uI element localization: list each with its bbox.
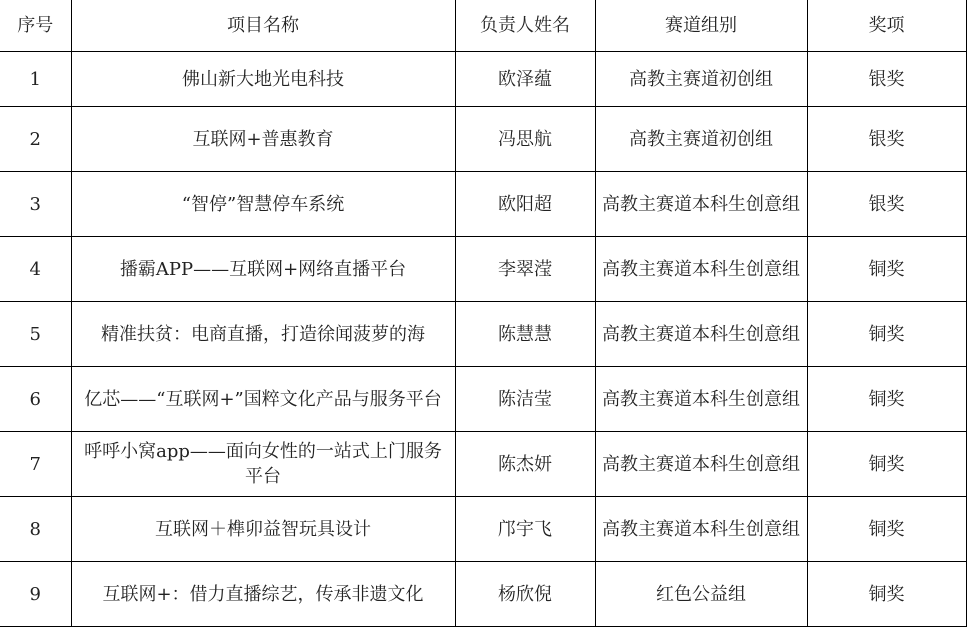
cell-leader: 欧泽蕴 <box>455 52 595 107</box>
cell-track: 高教主赛道本科生创意组 <box>595 302 807 367</box>
cell-project: 佛山新大地光电科技 <box>71 52 455 107</box>
cell-project: 互联网+普惠教育 <box>71 107 455 172</box>
cell-award: 银奖 <box>807 52 966 107</box>
cell-award: 铜奖 <box>807 432 966 497</box>
cell-no: 8 <box>0 497 71 562</box>
header-no: 序号 <box>0 0 71 52</box>
cell-no: 9 <box>0 562 71 627</box>
cell-track: 高教主赛道初创组 <box>595 107 807 172</box>
cell-no: 1 <box>0 52 71 107</box>
cell-track: 高教主赛道本科生创意组 <box>595 432 807 497</box>
cell-project: “智停”智慧停车系统 <box>71 172 455 237</box>
cell-award: 铜奖 <box>807 237 966 302</box>
cell-track: 高教主赛道本科生创意组 <box>595 497 807 562</box>
cell-project: 互联网＋榫卯益智玩具设计 <box>71 497 455 562</box>
header-project: 项目名称 <box>71 0 455 52</box>
cell-project: 亿芯——“互联网+”国粹文化产品与服务平台 <box>71 367 455 432</box>
cell-project: 呼呼小窝app——面向女性的一站式上门服务平台 <box>71 432 455 497</box>
cell-no: 4 <box>0 237 71 302</box>
cell-track: 高教主赛道初创组 <box>595 52 807 107</box>
cell-leader: 陈慧慧 <box>455 302 595 367</box>
header-track: 赛道组别 <box>595 0 807 52</box>
header-leader: 负责人姓名 <box>455 0 595 52</box>
cell-project: 播霸APP——互联网+网络直播平台 <box>71 237 455 302</box>
awards-table: 序号 项目名称 负责人姓名 赛道组别 奖项 1 佛山新大地光电科技 欧泽蕴 高教… <box>0 0 967 627</box>
table-row: 8 互联网＋榫卯益智玩具设计 邝宇飞 高教主赛道本科生创意组 铜奖 <box>0 497 966 562</box>
cell-project: 精准扶贫：电商直播，打造徐闻菠萝的海 <box>71 302 455 367</box>
cell-award: 银奖 <box>807 172 966 237</box>
table-row: 6 亿芯——“互联网+”国粹文化产品与服务平台 陈洁莹 高教主赛道本科生创意组 … <box>0 367 966 432</box>
cell-leader: 陈杰妍 <box>455 432 595 497</box>
table-row: 7 呼呼小窝app——面向女性的一站式上门服务平台 陈杰妍 高教主赛道本科生创意… <box>0 432 966 497</box>
cell-no: 7 <box>0 432 71 497</box>
cell-leader: 杨欣倪 <box>455 562 595 627</box>
cell-award: 铜奖 <box>807 367 966 432</box>
cell-track: 高教主赛道本科生创意组 <box>595 237 807 302</box>
cell-award: 铜奖 <box>807 302 966 367</box>
table-row: 3 “智停”智慧停车系统 欧阳超 高教主赛道本科生创意组 银奖 <box>0 172 966 237</box>
cell-no: 5 <box>0 302 71 367</box>
cell-no: 2 <box>0 107 71 172</box>
cell-track: 红色公益组 <box>595 562 807 627</box>
table-header-row: 序号 项目名称 负责人姓名 赛道组别 奖项 <box>0 0 966 52</box>
table-row: 1 佛山新大地光电科技 欧泽蕴 高教主赛道初创组 银奖 <box>0 52 966 107</box>
table-row: 9 互联网+：借力直播综艺，传承非遗文化 杨欣倪 红色公益组 铜奖 <box>0 562 966 627</box>
cell-award: 铜奖 <box>807 497 966 562</box>
cell-track: 高教主赛道本科生创意组 <box>595 367 807 432</box>
cell-track: 高教主赛道本科生创意组 <box>595 172 807 237</box>
cell-leader: 邝宇飞 <box>455 497 595 562</box>
cell-award: 银奖 <box>807 107 966 172</box>
table-row: 4 播霸APP——互联网+网络直播平台 李翠滢 高教主赛道本科生创意组 铜奖 <box>0 237 966 302</box>
cell-leader: 李翠滢 <box>455 237 595 302</box>
cell-leader: 冯思航 <box>455 107 595 172</box>
cell-award: 铜奖 <box>807 562 966 627</box>
cell-no: 6 <box>0 367 71 432</box>
cell-project: 互联网+：借力直播综艺，传承非遗文化 <box>71 562 455 627</box>
cell-leader: 陈洁莹 <box>455 367 595 432</box>
cell-leader: 欧阳超 <box>455 172 595 237</box>
table-row: 2 互联网+普惠教育 冯思航 高教主赛道初创组 银奖 <box>0 107 966 172</box>
header-award: 奖项 <box>807 0 966 52</box>
table-row: 5 精准扶贫：电商直播，打造徐闻菠萝的海 陈慧慧 高教主赛道本科生创意组 铜奖 <box>0 302 966 367</box>
cell-no: 3 <box>0 172 71 237</box>
